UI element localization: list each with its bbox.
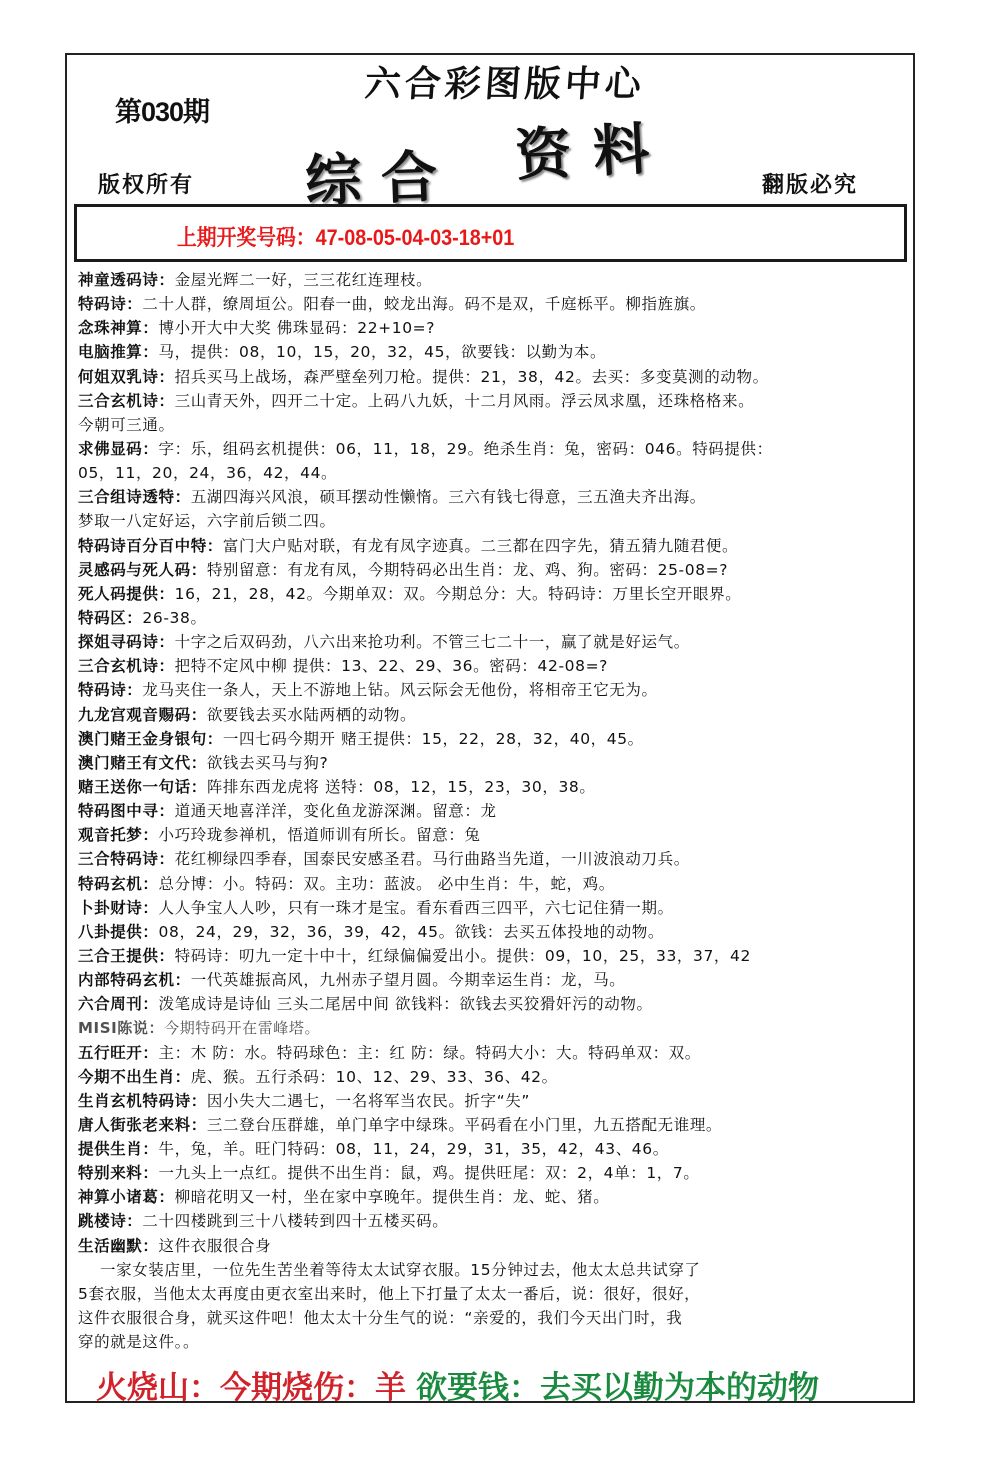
line-text: 这件衣服很合身，就买这件吧！他太太十分生气的说：“亲爱的，我们今天出门时，我 (78, 1309, 682, 1327)
line-text: 虎、猴。五行杀码：10、12、29、33、36、42。 (191, 1068, 558, 1086)
line-label: 今期不出生肖： (78, 1068, 191, 1086)
line-text: 特别留意：有龙有凤，今期特码必出生肖：龙、鸡、狗。密码：25-08=? (207, 561, 728, 579)
copyright-right: 翻版必究 (762, 168, 858, 199)
content-line: 念珠神算：博小开大中大奖 佛珠显码：22+10=? (78, 316, 913, 340)
content-line: 求佛显码：字：乐，组码玄机提供：06，11，18，29。绝杀生肖：兔，密码：04… (78, 437, 913, 461)
last-draw-result: 上期开奖号码：47-08-05-04-03-18+01 (177, 221, 514, 252)
content-line: 电脑推算：马，提供：08，10，15，20，32，45，欲要钱：以勤为本。 (78, 340, 913, 364)
line-label: 生肖玄机特码诗： (78, 1092, 207, 1110)
line-label: 特别来料： (78, 1164, 159, 1182)
line-label: 三合特码诗： (78, 850, 175, 868)
line-text: 一四七码今期开 赌王提供：15，22，28，32，40，45。 (223, 730, 644, 748)
line-label: 神童透码诗： (78, 271, 175, 289)
line-label: 澳门赌王有文代： (78, 754, 207, 772)
line-text: 05，11，20，24，36，42，44。 (78, 464, 337, 482)
content-line: 赌王送你一句话：阵排东西龙虎将 送特：08，12，15，23，30，38。 (78, 775, 913, 799)
line-text: 柳暗花明又一村，坐在家中享晚年。提供生肖：龙、蛇、猪。 (175, 1188, 610, 1206)
line-label: 提供生肖： (78, 1140, 159, 1158)
line-label: 电脑推算： (78, 343, 159, 361)
content-line: 生活幽默：这件衣服很合身 (78, 1234, 913, 1258)
line-text: 花红柳绿四季春，国泰民安感圣君。马行曲路当先道，一川波浪动刀兵。 (175, 850, 690, 868)
line-label: 特码诗百分百中特： (78, 537, 223, 555)
copyright-left: 版权所有 (98, 168, 194, 199)
line-label: 特码区： (78, 609, 142, 627)
line-label: 神算小诸葛： (78, 1188, 175, 1206)
content-line: 05，11，20，24，36，42，44。 (78, 461, 913, 485)
content-line: 特码玄机：总分博：小。特码：双。主功：蓝波。 必中生肖：牛，蛇，鸡。 (78, 872, 913, 896)
content-line: 生肖玄机特码诗：因小失大二遇七，一名将军当农民。折字“失” (78, 1089, 913, 1113)
line-text: 5套衣服，当他太太再度由更衣室出来时，他上下打量了太太一番后，说：很好，很好， (78, 1285, 700, 1303)
line-label: 观音托梦： (78, 826, 159, 844)
line-text: 欲要钱去买水陆两栖的动物。 (207, 706, 416, 724)
line-label: 三合玄机诗： (78, 392, 175, 410)
line-label: 念珠神算： (78, 319, 159, 337)
line-text: 五湖四海兴风浪，硕耳摆动性懒惰。三六有钱七得意，三五渔夫齐出海。 (191, 488, 706, 506)
line-text: 道通天地喜洋洋，变化鱼龙游深渊。留意：龙 (175, 802, 497, 820)
line-text: 梦取一八定好运，六字前后锁二四。 (78, 512, 336, 530)
content-line: 一家女装店里，一位先生苦坐着等待太太试穿衣服。15分钟过去，他太太总共试穿了 (78, 1258, 913, 1282)
line-text: 字：乐，组码玄机提供：06，11，18，29。绝杀生肖：兔，密码：046。特码提… (159, 440, 773, 458)
line-label: 八卦提供： (78, 923, 159, 941)
line-text: 26-38。 (142, 609, 206, 627)
line-text: 主：木 防：水。特码球色：主：红 防：绿。特码大小：大。特码单双：双。 (159, 1044, 701, 1062)
line-text: 博小开大中大奖 佛珠显码：22+10=? (159, 319, 436, 337)
line-label: 求佛显码： (78, 440, 159, 458)
line-text: 泼笔成诗是诗仙 三头二尾居中间 欲钱料：欲钱去买狡猾奸污的动物。 (159, 995, 653, 1013)
publisher-title: 六合彩图版中心 (363, 56, 647, 107)
content-line: 三合玄机诗：把特不定风中柳 提供：13、22、29、36。密码：42-08=? (78, 654, 913, 678)
content-line: 特码区：26-38。 (78, 606, 913, 630)
line-text: 龙马夹住一条人，天上不游地上钻。风云际会无他份，将相帝王它无为。 (142, 681, 657, 699)
line-text: 特码诗：叨九一定十中十，红绿偏偏爱出小。提供：09，10，25，33，37，42 (175, 947, 751, 965)
content-line: 澳门赌王有文代：欲钱去买马与狗? (78, 751, 913, 775)
content-line: 九龙宫观音赐码：欲要钱去买水陆两栖的动物。 (78, 703, 913, 727)
last-draw-box: 上期开奖号码：47-08-05-04-03-18+01 (74, 204, 907, 262)
line-text: 小巧玲珑参禅机，悟道师训有所长。留意：兔 (159, 826, 481, 844)
line-label: 五行旺开： (78, 1044, 159, 1062)
content-line: MISI陈说：今期特码开在雷峰塔。 (78, 1016, 913, 1040)
line-text: 一代英雄振高风，九州赤子望月圆。今期幸运生肖：龙，马。 (191, 971, 626, 989)
line-label: 生活幽默： (78, 1237, 159, 1255)
line-label: 三合王提供： (78, 947, 175, 965)
footer-red-text: 火烧山：今期烧伤：羊 (96, 1370, 406, 1406)
content-line: 特码诗：龙马夹住一条人，天上不游地上钻。风云际会无他份，将相帝王它无为。 (78, 678, 913, 702)
content-line: 死人码提供：16，21，28，42。今期单双：双。今期总分：大。特码诗：万里长空… (78, 582, 913, 606)
line-label: 跳楼诗： (78, 1212, 142, 1230)
content-line: 内部特码玄机：一代英雄振高风，九州赤子望月圆。今期幸运生肖：龙，马。 (78, 968, 913, 992)
content-line: 观音托梦：小巧玲珑参禅机，悟道师训有所长。留意：兔 (78, 823, 913, 847)
issue-number: 第030期 (115, 90, 209, 129)
line-text: 16，21，28，42。今期单双：双。今期总分：大。特码诗：万里长空开眼界。 (175, 585, 742, 603)
content-line: 这件衣服很合身，就买这件吧！他太太十分生气的说：“亲爱的，我们今天出门时，我 (78, 1306, 913, 1330)
line-text: 马，提供：08，10，15，20，32，45，欲要钱：以勤为本。 (159, 343, 607, 361)
line-text: 总分博：小。特码：双。主功：蓝波。 必中生肖：牛，蛇，鸡。 (159, 875, 615, 893)
line-text: 招兵买马上战场，森严壁垒列刀枪。提供：21，38，42。去买：多变莫测的动物。 (175, 368, 769, 386)
content-line: 灵感码与死人码：特别留意：有龙有凤，今期特码必出生肖：龙、鸡、狗。密码：25-0… (78, 558, 913, 582)
line-label: 三合组诗透特： (78, 488, 191, 506)
line-text: 欲钱去买马与狗? (207, 754, 329, 772)
line-label: 特码玄机： (78, 875, 159, 893)
content-line: 今朝可三通。 (78, 413, 913, 437)
line-text: 富门大户贴对联，有龙有凤字迹真。二三都在四字先，猜五猜九随君便。 (223, 537, 738, 555)
line-text: 08，24，29，32，36，39，42，45。欲钱：去买五体投地的动物。 (159, 923, 665, 941)
content-line: 特码诗百分百中特：富门大户贴对联，有龙有凤字迹真。二三都在四字先，猜五猜九随君便… (78, 534, 913, 558)
content-line: 五行旺开：主：木 防：水。特码球色：主：红 防：绿。特码大小：大。特码单双：双。 (78, 1041, 913, 1065)
content-line: 三合玄机诗：三山青天外，四开二十定。上码八九妖，十二月风雨。浮云凤求凰，还珠格格… (78, 389, 913, 413)
line-text: 金屋光辉二一好，三三花红连理枝。 (175, 271, 433, 289)
last-draw-label: 上期开奖号码： (177, 225, 316, 250)
footer-green-text: 欲要钱：去买以勤为本的动物 (416, 1370, 819, 1406)
line-text: 把特不定风中柳 提供：13、22、29、36。密码：42-08=? (175, 657, 608, 675)
content-line: 卜卦财诗：人人争宝人人吵，只有一珠才是宝。看东看西三四平，六七记住猜一期。 (78, 896, 913, 920)
line-text: 阵排东西龙虎将 送特：08，12，15，23，30，38。 (207, 778, 596, 796)
line-text: 十字之后双码劲，八六出来抢功利。不管三七二十一，赢了就是好运气。 (175, 633, 690, 651)
content-line: 八卦提供：08，24，29，32，36，39，42，45。欲钱：去买五体投地的动… (78, 920, 913, 944)
content-line: 穿的就是这件。。 (78, 1330, 913, 1354)
content-line: 特码图中寻：道通天地喜洋洋，变化鱼龙游深渊。留意：龙 (78, 799, 913, 823)
big-title-part2: 资料 (513, 104, 673, 192)
line-label: 九龙宫观音赐码： (78, 706, 207, 724)
line-label: 特码图中寻： (78, 802, 175, 820)
content-line: 特码诗：二十人群，缭周垣公。阳春一曲，蛟龙出海。码不是双，千庭栎平。柳指旌旗。 (78, 292, 913, 316)
line-label: 澳门赌王金身银句： (78, 730, 223, 748)
line-text: 今朝可三通。 (78, 416, 175, 434)
line-text: 牛，兔，羊。旺门特码：08，11，24，29，31，35，42，43、46。 (159, 1140, 669, 1158)
line-label: MISI陈说： (78, 1019, 164, 1037)
content-line: 三合特码诗：花红柳绿四季春，国泰民安感圣君。马行曲路当先道，一川波浪动刀兵。 (78, 847, 913, 871)
line-label: 探姐寻码诗： (78, 633, 175, 651)
line-text: 一家女装店里，一位先生苦坐着等待太太试穿衣服。15分钟过去，他太太总共试穿了 (100, 1261, 701, 1279)
content-line: 探姐寻码诗：十字之后双码劲，八六出来抢功利。不管三七二十一，赢了就是好运气。 (78, 630, 913, 654)
line-text: 一九头上一点红。提供不出生肖：鼠，鸡。提供旺尾：双：2，4单：1，7。 (159, 1164, 700, 1182)
line-text: 三二登台压群雄，单门单字中绿珠。平码看在小门里，九五搭配无谁理。 (207, 1116, 722, 1134)
content-line: 唐人街张老来料：三二登台压群雄，单门单字中绿珠。平码看在小门里，九五搭配无谁理。 (78, 1113, 913, 1137)
content-line: 澳门赌王金身银句：一四七码今期开 赌王提供：15，22，28，32，40，45。 (78, 727, 913, 751)
content-line: 六合周刊：泼笔成诗是诗仙 三头二尾居中间 欲钱料：欲钱去买狡猾奸污的动物。 (78, 992, 913, 1016)
content-line: 5套衣服，当他太太再度由更衣室出来时，他上下打量了太太一番后，说：很好，很好， (78, 1282, 913, 1306)
content-line: 三合王提供：特码诗：叨九一定十中十，红绿偏偏爱出小。提供：09，10，25，33… (78, 944, 913, 968)
content-line: 何姐双乳诗：招兵买马上战场，森严壁垒列刀枪。提供：21，38，42。去买：多变莫… (78, 365, 913, 389)
line-label: 唐人街张老来料： (78, 1116, 207, 1134)
content-line: 神童透码诗：金屋光辉二一好，三三花红连理枝。 (78, 268, 913, 292)
line-label: 赌王送你一句话： (78, 778, 207, 796)
content-line: 提供生肖：牛，兔，羊。旺门特码：08，11，24，29，31，35，42，43、… (78, 1137, 913, 1161)
last-draw-numbers: 47-08-05-04-03-18+01 (316, 225, 515, 250)
content-lines: 神童透码诗：金屋光辉二一好，三三花红连理枝。特码诗：二十人群，缭周垣公。阳春一曲… (78, 268, 913, 1354)
content-line: 今期不出生肖：虎、猴。五行杀码：10、12、29、33、36、42。 (78, 1065, 913, 1089)
line-label: 六合周刊： (78, 995, 159, 1013)
line-label: 三合玄机诗： (78, 657, 175, 675)
line-label: 卜卦财诗： (78, 899, 159, 917)
line-label: 灵感码与死人码： (78, 561, 207, 579)
line-label: 特码诗： (78, 295, 142, 313)
line-text: 这件衣服很合身 (159, 1237, 272, 1255)
line-label: 内部特码玄机： (78, 971, 191, 989)
line-text: 人人争宝人人吵，只有一珠才是宝。看东看西三四平，六七记住猜一期。 (159, 899, 674, 917)
line-text: 二十四楼跳到三十八楼转到四十五楼买码。 (142, 1212, 448, 1230)
content-line: 梦取一八定好运，六字前后锁二四。 (78, 509, 913, 533)
content-line: 三合组诗透特：五湖四海兴风浪，硕耳摆动性懒惰。三六有钱七得意，三五渔夫齐出海。 (78, 485, 913, 509)
content-line: 特别来料：一九头上一点红。提供不出生肖：鼠，鸡。提供旺尾：双：2，4单：1，7。 (78, 1161, 913, 1185)
content-line: 神算小诸葛：柳暗花明又一村，坐在家中享晚年。提供生肖：龙、蛇、猪。 (78, 1185, 913, 1209)
footer-banner: 火烧山：今期烧伤：羊欲要钱：去买以勤为本的动物 (96, 1362, 819, 1407)
line-text: 因小失大二遇七，一名将军当农民。折字“失” (207, 1092, 530, 1110)
line-text: 二十人群，缭周垣公。阳春一曲，蛟龙出海。码不是双，千庭栎平。柳指旌旗。 (142, 295, 706, 313)
line-label: 特码诗： (78, 681, 142, 699)
line-text: 今期特码开在雷峰塔。 (164, 1019, 320, 1037)
line-text: 穿的就是这件。。 (78, 1333, 199, 1351)
content-line: 跳楼诗：二十四楼跳到三十八楼转到四十五楼买码。 (78, 1209, 913, 1233)
line-label: 何姐双乳诗： (78, 368, 175, 386)
line-text: 三山青天外，四开二十定。上码八九妖，十二月风雨。浮云凤求凰，还珠格格来。 (175, 392, 755, 410)
line-label: 死人码提供： (78, 585, 175, 603)
